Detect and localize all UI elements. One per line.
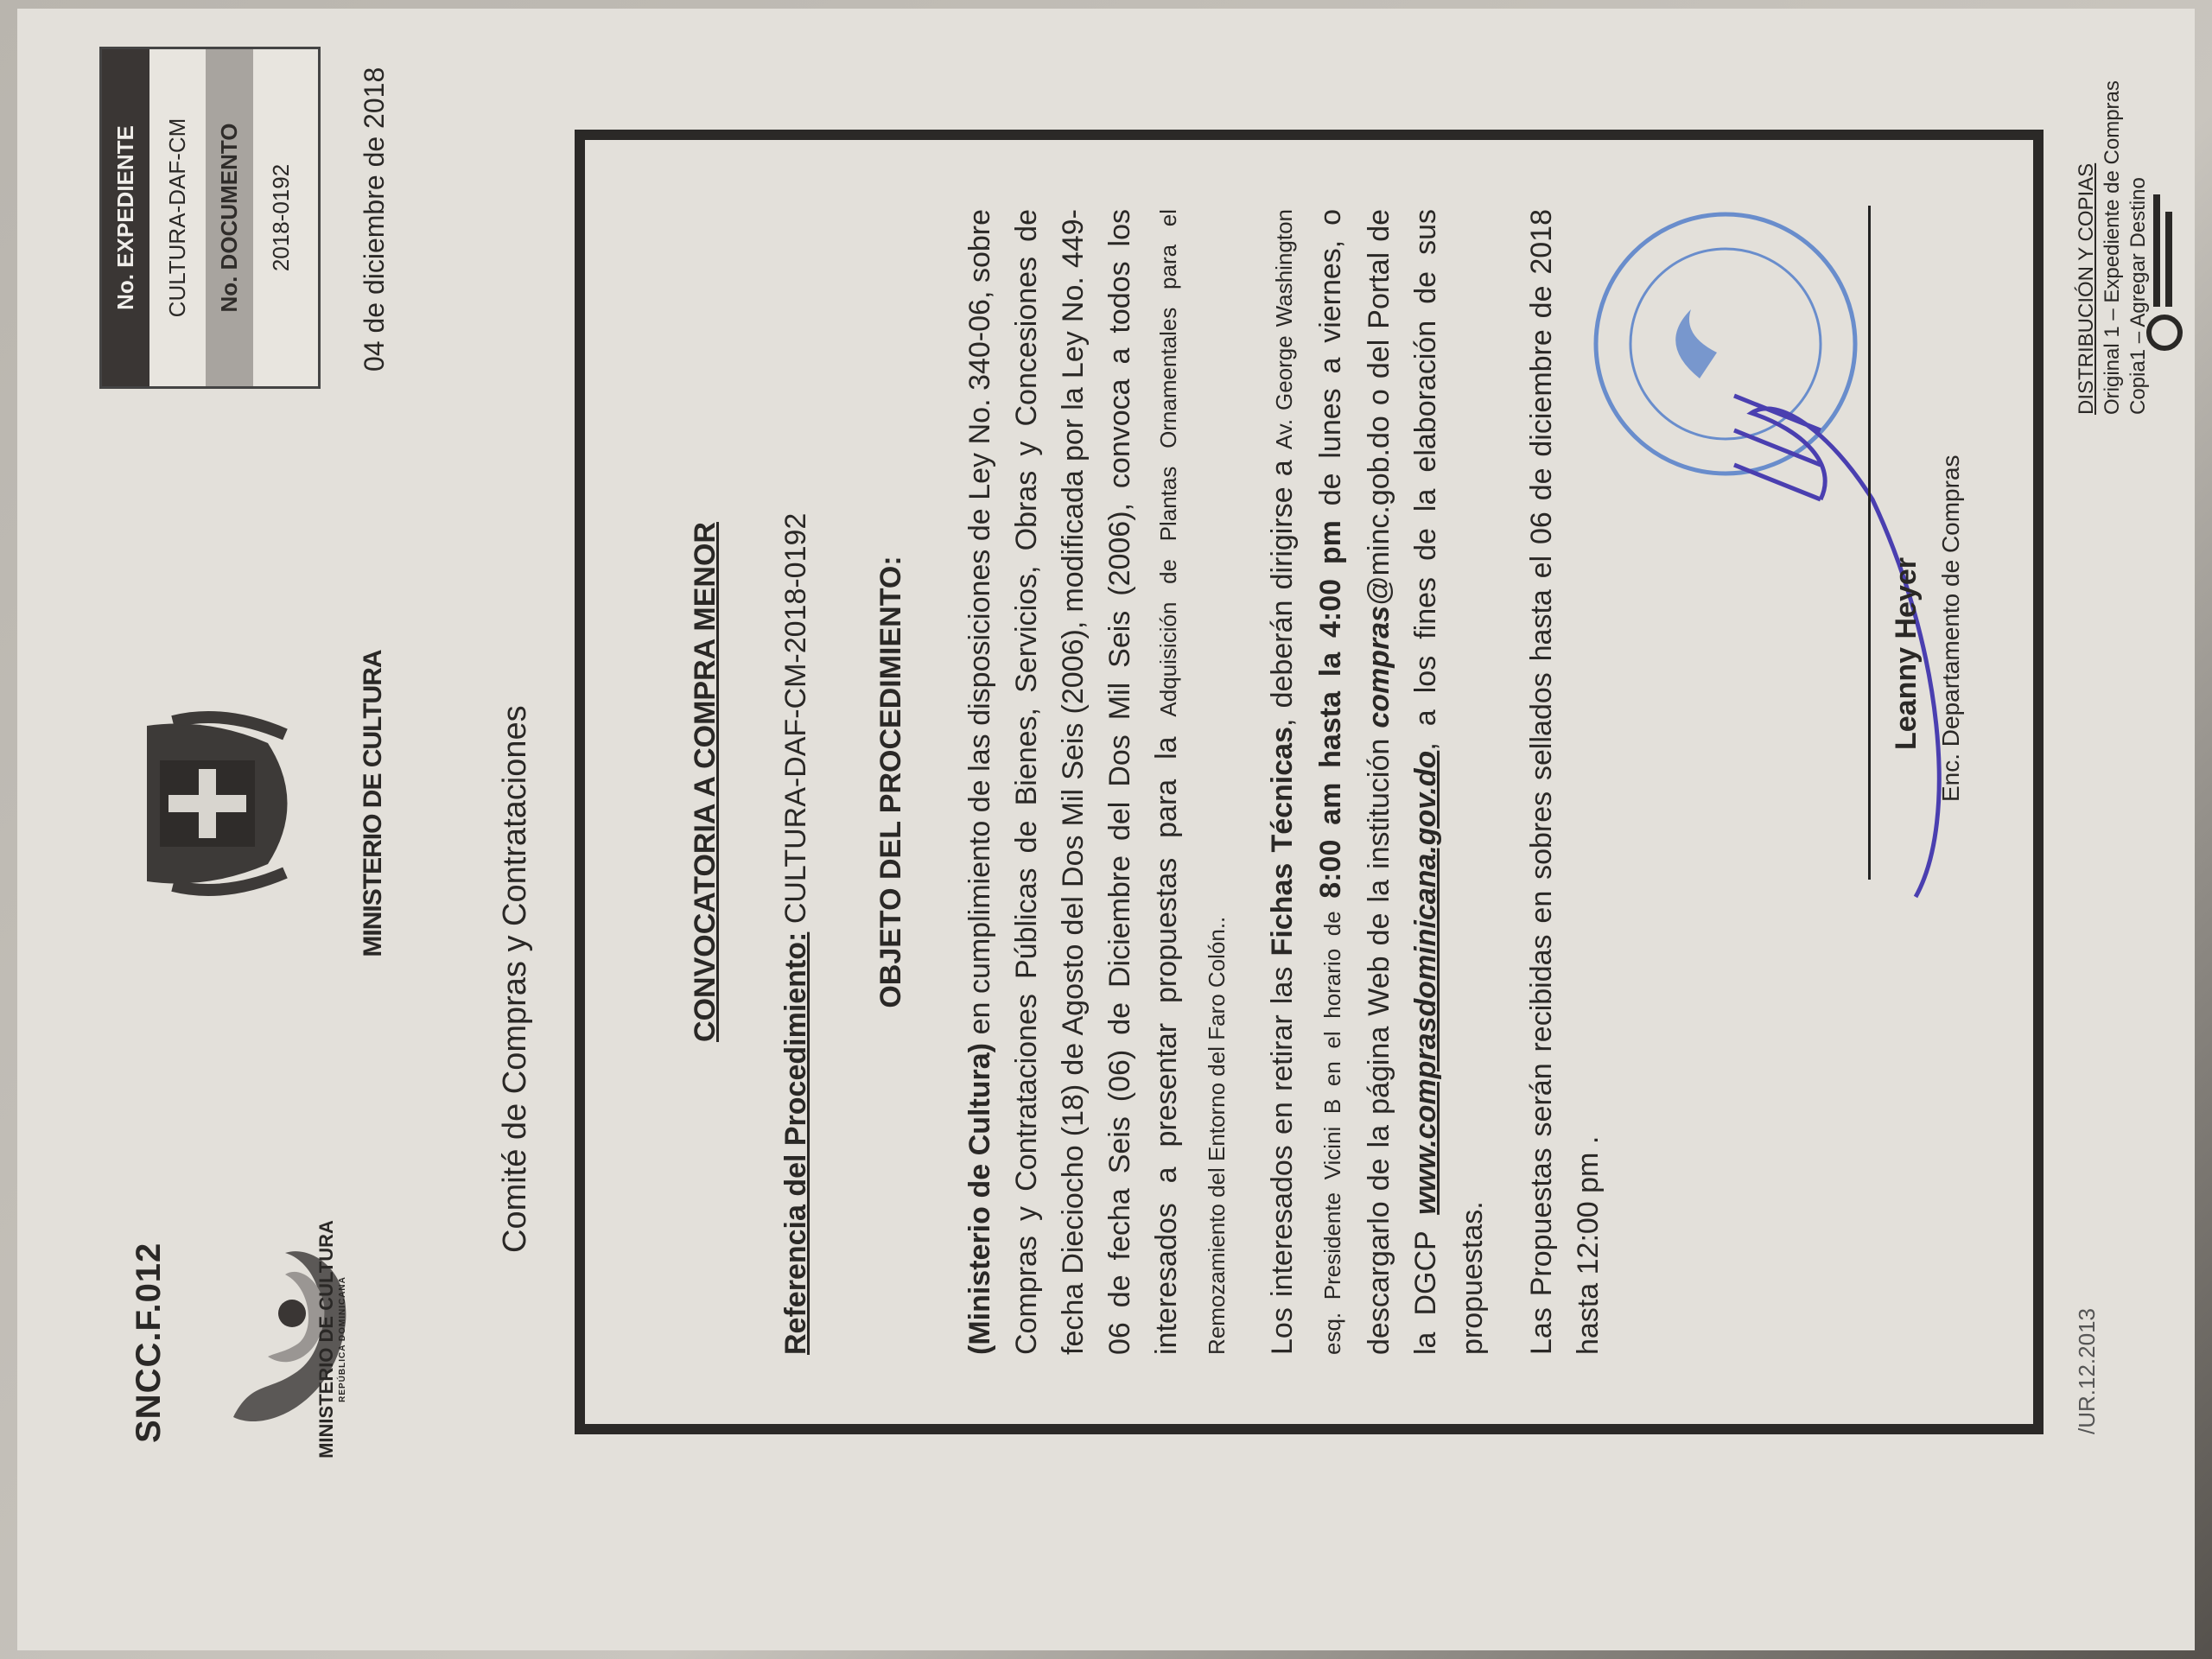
signature-line xyxy=(1868,206,1871,880)
signer-role: Enc. Departamento de Compras xyxy=(1937,454,1965,802)
documento-label: No. DOCUMENTO xyxy=(206,49,253,386)
distribution-line: Original 1 – Expediente de Compras xyxy=(2100,80,2126,415)
procedure-reference: Referencia del Procedimiento: CULTURA-DA… xyxy=(779,513,813,1355)
content-frame: CONVOCATORIA A COMPRA MENOR Referencia d… xyxy=(575,130,2044,1434)
documento-value: 2018-0192 xyxy=(253,49,309,386)
reference-box: No. EXPEDIENTE CULTURA-DAF-CM No. DOCUME… xyxy=(99,47,321,389)
paragraph-instructions: Los interesados en retirar las Fichas Té… xyxy=(1259,209,1496,1355)
expediente-label: No. EXPEDIENTE xyxy=(102,49,149,386)
objective-heading: OBJETO DEL PROCEDIMIENTO: xyxy=(874,140,908,1424)
document-page: SNCC.F.012 MINISTERIO DE CULTURA REPÚBLI… xyxy=(17,9,2195,1650)
revision-code: /UR.12.2013 xyxy=(2074,1308,2101,1434)
email-link[interactable]: compras xyxy=(1363,606,1395,728)
distribution-list: DISTRIBUCIÓN Y COPIAS Original 1 – Exped… xyxy=(2074,80,2152,415)
signature-block: Leanny Heyer Enc. Departamento de Compra… xyxy=(1665,188,2028,1355)
document-title: CONVOCATORIA A COMPRA MENOR xyxy=(689,140,722,1424)
signer-name: Leanny Heyer xyxy=(1890,557,1923,750)
form-code: SNCC.F.012 xyxy=(130,1243,168,1443)
dgcp-logo-icon xyxy=(2143,181,2186,354)
expediente-value: CULTURA-DAF-CM xyxy=(149,49,206,386)
ministry-logo-icon xyxy=(190,1227,380,1452)
paragraph-legal-basis: (Ministerio de Cultura) en cumplimiento … xyxy=(957,209,1240,1355)
coat-of-arms-icon xyxy=(121,709,302,899)
committee-name: Comité de Compras y Contrataciones xyxy=(497,705,534,1253)
logo-caption: MINISTERIO DE CULTURA REPÚBLICA DOMINICA… xyxy=(315,1197,347,1482)
ministry-name: MINISTERIO DE CULTURA xyxy=(359,631,388,976)
portal-link[interactable]: www.comprasdominicana.gov.do xyxy=(1409,751,1442,1215)
document-date: 04 de diciembre de 2018 xyxy=(359,67,391,372)
